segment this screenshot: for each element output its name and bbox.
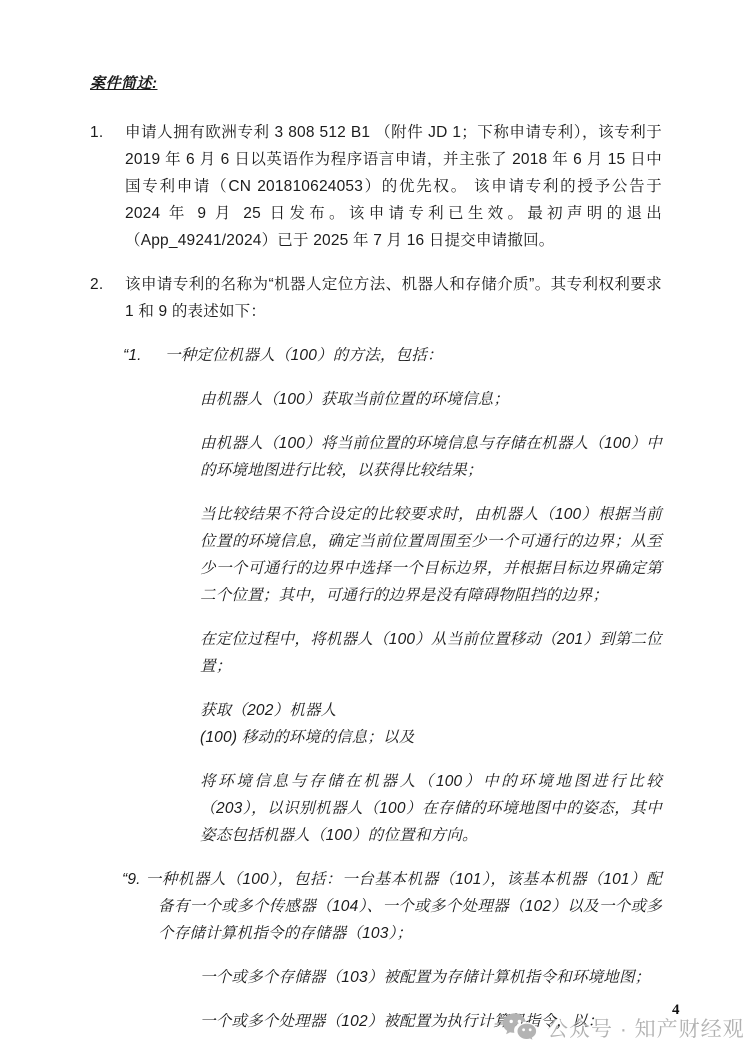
paragraph-2-text: 该申请专利的名称为“机器人定位方法、机器人和存储介质”。其专利权利要求 1 和 … <box>125 276 662 320</box>
claim-9-intro: “9. 一种机器人（100），包括：一台基本机器（101），该基本机器（101）… <box>90 866 662 947</box>
claim-9-step-1: 一个或多个存储器（103）被配置为存储计算机指令和环境地图； <box>200 964 662 991</box>
paragraph-1-text: 申请人拥有欧洲专利 3 808 512 B1 （附件 JD 1；下称申请专利），… <box>125 124 662 249</box>
paragraph-2: 2. 该申请专利的名称为“机器人定位方法、机器人和存储介质”。其专利权利要求 1… <box>90 271 662 325</box>
claim-1-intro: 一种定位机器人（100）的方法，包括： <box>165 347 443 364</box>
claims-block: “1. 一种定位机器人（100）的方法，包括： 由机器人（100）获取当前位置的… <box>90 342 662 1035</box>
document-body: 案件简述: 1. 申请人拥有欧洲专利 3 808 512 B1 （附件 JD 1… <box>90 70 662 1052</box>
watermark: 公众号 · 知产财经观 <box>502 1012 745 1043</box>
document-page: 案件简述: 1. 申请人拥有欧洲专利 3 808 512 B1 （附件 JD 1… <box>0 0 750 1060</box>
paragraph-1-number: 1. <box>90 119 103 146</box>
claim-1-step-2: 由机器人（100）将当前位置的环境信息与存储在机器人（100）中的环境地图进行比… <box>200 430 662 484</box>
wechat-icon <box>502 1012 538 1043</box>
claim-1-step-5: 获取（202）机器人 (100) 移动的环境的信息；以及 <box>200 697 662 751</box>
paragraph-1: 1. 申请人拥有欧洲专利 3 808 512 B1 （附件 JD 1；下称申请专… <box>90 119 662 254</box>
claim-1-heading: “1. 一种定位机器人（100）的方法，包括： <box>90 342 662 369</box>
claim-1-number: “1. <box>123 342 142 369</box>
claim-1-step-1: 由机器人（100）获取当前位置的环境信息； <box>200 386 662 413</box>
claim-1-step-6: 将环境信息与存储在机器人（100）中的环境地图进行比较（203），以识别机器人（… <box>200 768 662 849</box>
claim-1-step-4: 在定位过程中，将机器人（100）从当前位置移动（201）到第二位置； <box>200 626 662 680</box>
section-title: 案件简述: <box>90 70 662 97</box>
page-number: 4 <box>672 1002 680 1019</box>
paragraph-2-number: 2. <box>90 271 103 298</box>
claim-1-step-3: 当比较结果不符合设定的比较要求时，由机器人（100）根据当前位置的环境信息，确定… <box>200 501 662 609</box>
watermark-text: 公众号 · 知产财经观 <box>547 1013 745 1043</box>
